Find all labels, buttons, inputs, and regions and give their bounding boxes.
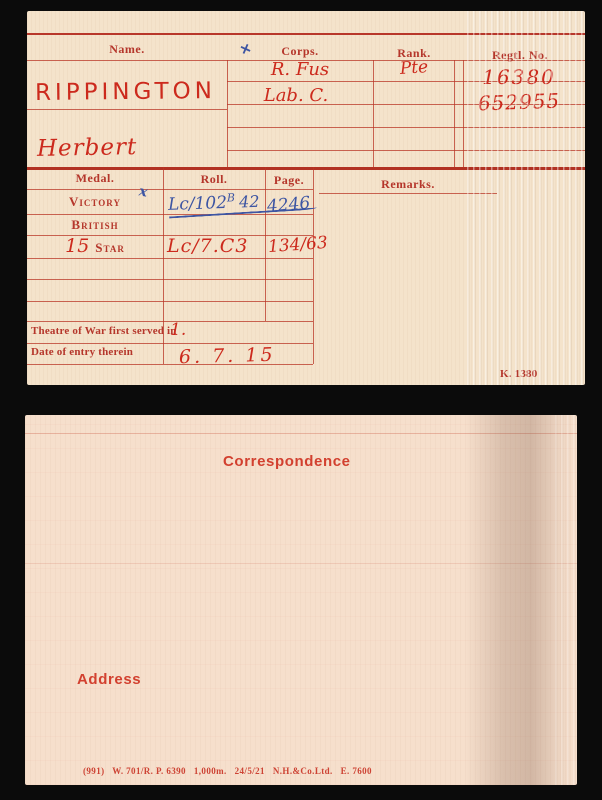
table-header-underline xyxy=(27,189,313,190)
form-reference: K. 1380 xyxy=(500,368,537,380)
forename-handwritten: Herbert xyxy=(37,134,138,162)
page-header: Page. xyxy=(265,173,313,188)
name-column-header: Name. xyxy=(27,42,227,57)
regtl-no-1: 16380 xyxy=(457,65,581,89)
roll-page-divider xyxy=(265,167,266,321)
corps-entry-2: Lab. C. xyxy=(223,85,369,106)
rank-handwritten: Pte xyxy=(372,55,455,81)
medal-card-front: Name. Corps. Rank. Regtl. No. RIPPINGTON… xyxy=(27,11,585,385)
date-of-entry-label: Date of entry therein xyxy=(31,346,133,358)
remarks-underline xyxy=(319,193,497,194)
scan-shadow-band xyxy=(465,415,575,785)
scanned-medal-index-card: Name. Corps. Rank. Regtl. No. RIPPINGTON… xyxy=(0,0,602,800)
star-medal-label: Star xyxy=(95,240,125,255)
date-of-entry-value: 6. 7. 15 xyxy=(179,344,276,369)
corps-entry-1: R. Fus xyxy=(227,59,373,80)
guide-line xyxy=(227,150,585,151)
roll-header: Roll. xyxy=(163,172,265,187)
victory-roll-post: 42 xyxy=(239,192,260,212)
table-row-line xyxy=(27,258,313,259)
surname-handwritten: RIPPINGTON xyxy=(35,78,216,106)
regtl-no-2: 652955 xyxy=(451,88,585,117)
page-remarks-divider xyxy=(313,167,314,364)
address-label: Address xyxy=(77,671,141,688)
guide-line xyxy=(227,127,585,128)
correspondence-label: Correspondence xyxy=(223,453,351,470)
theatre-of-war-value: 1. xyxy=(170,320,186,340)
table-row-line xyxy=(27,279,313,280)
regtl-no-column-header: Regtl. No. xyxy=(455,48,585,63)
surname-underline xyxy=(27,109,227,110)
scan-streaks xyxy=(555,415,577,785)
remarks-header: Remarks. xyxy=(319,177,497,192)
star-page-entry: 134/63 xyxy=(267,233,328,257)
british-medal-label: British xyxy=(27,217,163,233)
victory-roll-sup: B xyxy=(227,191,236,204)
theatre-of-war-label: Theatre of War first served in xyxy=(31,325,177,337)
faint-rule-top xyxy=(25,433,577,434)
faint-rule-mid xyxy=(25,563,577,564)
printer-imprint: (991) W. 701/R. P. 6390 1,000m. 24/5/21 … xyxy=(83,766,372,776)
star-roll-entry: Lc/7.C3 xyxy=(167,235,248,257)
medal-card-back: Correspondence Address (991) W. 701/R. P… xyxy=(25,415,577,785)
top-rule xyxy=(27,33,585,35)
victory-page-entry: 4246 xyxy=(266,193,311,217)
star-prefix-handwritten: 15 xyxy=(65,235,89,257)
table-row-line xyxy=(27,301,313,302)
star-medal-row: 15Star xyxy=(27,235,163,257)
victory-roll-pre: Lc/102 xyxy=(168,193,228,215)
section-separator xyxy=(27,167,585,170)
